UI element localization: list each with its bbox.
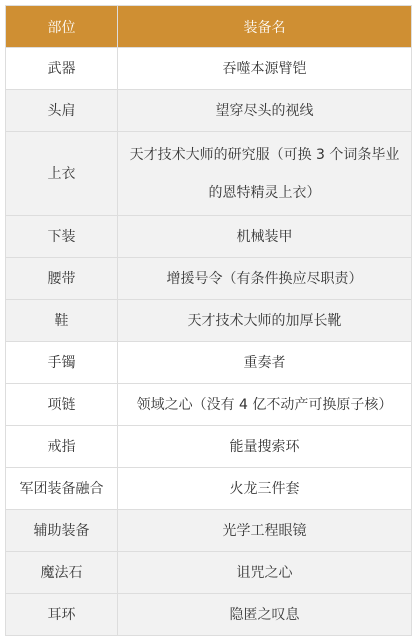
table-row: 耳环 隐匿之叹息 [6, 594, 412, 636]
cell-equipment-name: 诅咒之心 [118, 552, 412, 594]
cell-equipment-name: 望穿尽头的视线 [118, 90, 412, 132]
table-row: 头肩 望穿尽头的视线 [6, 90, 412, 132]
cell-equipment-name: 天才技术大师的加厚长靴 [118, 300, 412, 342]
table-row: 手镯 重奏者 [6, 342, 412, 384]
cell-slot: 上衣 [6, 132, 118, 216]
equipment-table: 部位 装备名 武器 吞噬本源臂铠 头肩 望穿尽头的视线 上衣 天才技术大师的研究… [5, 5, 412, 636]
cell-slot: 武器 [6, 48, 118, 90]
cell-slot: 鞋 [6, 300, 118, 342]
cell-slot: 头肩 [6, 90, 118, 132]
cell-equipment-name: 能量搜索环 [118, 426, 412, 468]
cell-equipment-name: 重奏者 [118, 342, 412, 384]
table-row: 军团装备融合 火龙三件套 [6, 468, 412, 510]
table-row: 鞋 天才技术大师的加厚长靴 [6, 300, 412, 342]
header-equipment-name: 装备名 [118, 6, 412, 48]
table-body: 武器 吞噬本源臂铠 头肩 望穿尽头的视线 上衣 天才技术大师的研究服（可换 3 … [6, 48, 412, 636]
cell-slot: 戒指 [6, 426, 118, 468]
table-row: 腰带 增援号令（有条件换应尽职责） [6, 258, 412, 300]
table-row: 项链 领域之心（没有 4 亿不动产可换原子核） [6, 384, 412, 426]
table-row: 辅助装备 光学工程眼镜 [6, 510, 412, 552]
cell-slot: 项链 [6, 384, 118, 426]
cell-equipment-name: 光学工程眼镜 [118, 510, 412, 552]
cell-equipment-name: 领域之心（没有 4 亿不动产可换原子核） [118, 384, 412, 426]
table-row: 魔法石 诅咒之心 [6, 552, 412, 594]
header-row: 部位 装备名 [6, 6, 412, 48]
cell-slot: 辅助装备 [6, 510, 118, 552]
cell-slot: 下装 [6, 216, 118, 258]
table-row: 下装 机械装甲 [6, 216, 412, 258]
cell-slot: 军团装备融合 [6, 468, 118, 510]
cell-equipment-name: 增援号令（有条件换应尽职责） [118, 258, 412, 300]
table-row: 武器 吞噬本源臂铠 [6, 48, 412, 90]
cell-slot: 魔法石 [6, 552, 118, 594]
cell-equipment-name: 吞噬本源臂铠 [118, 48, 412, 90]
cell-equipment-name: 机械装甲 [118, 216, 412, 258]
cell-equipment-name: 天才技术大师的研究服（可换 3 个词条毕业的恩特精灵上衣） [118, 132, 412, 216]
header-slot: 部位 [6, 6, 118, 48]
table-row: 上衣 天才技术大师的研究服（可换 3 个词条毕业的恩特精灵上衣） [6, 132, 412, 216]
cell-slot: 手镯 [6, 342, 118, 384]
cell-equipment-name: 火龙三件套 [118, 468, 412, 510]
cell-slot: 耳环 [6, 594, 118, 636]
cell-slot: 腰带 [6, 258, 118, 300]
cell-equipment-name: 隐匿之叹息 [118, 594, 412, 636]
table-row: 戒指 能量搜索环 [6, 426, 412, 468]
table-header: 部位 装备名 [6, 6, 412, 48]
